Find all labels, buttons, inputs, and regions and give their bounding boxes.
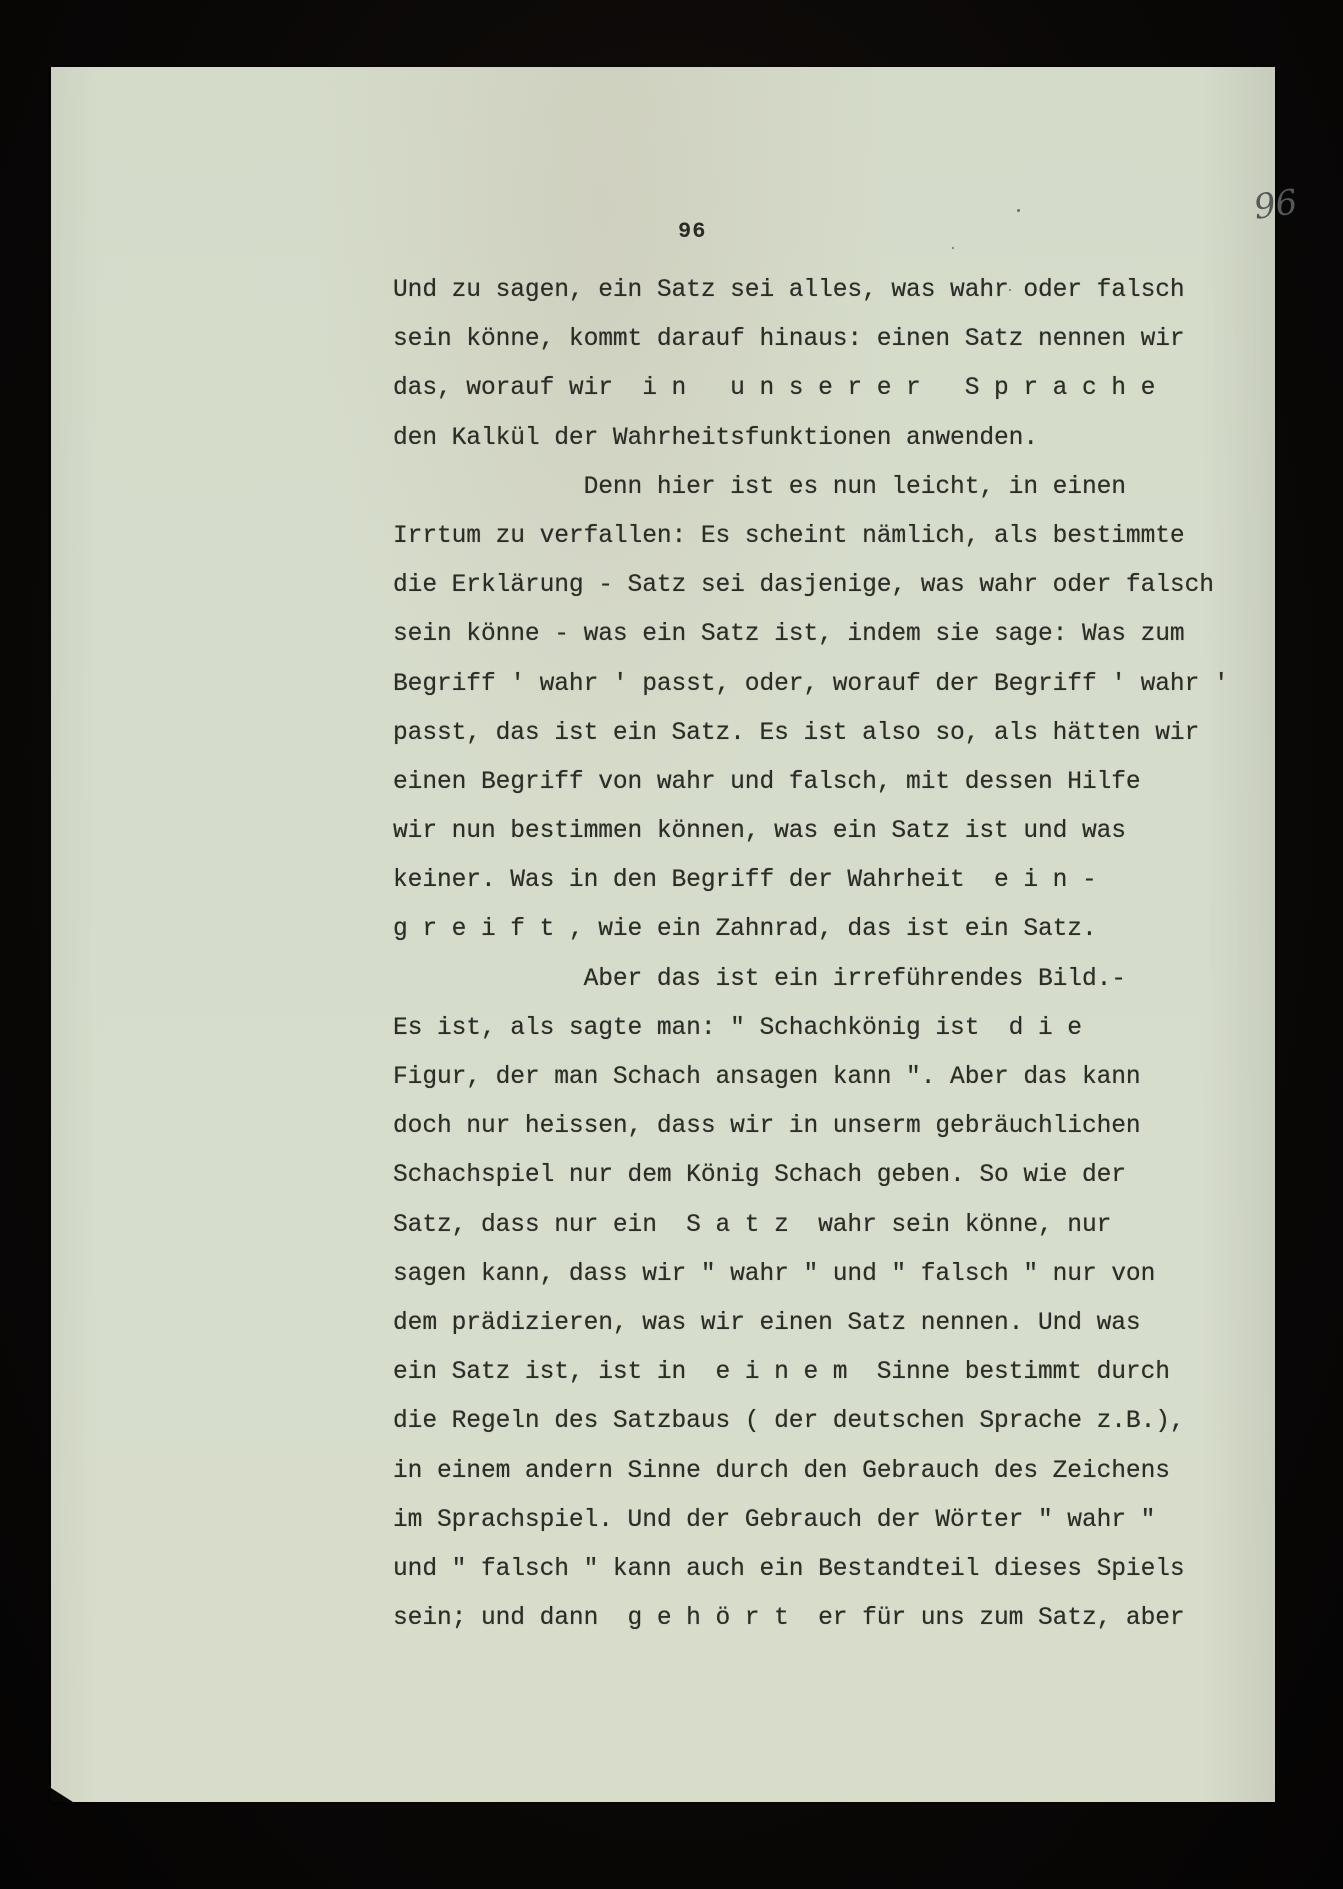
typed-page-number: 96 — [678, 219, 706, 244]
text-line: die Erklärung - Satz sei dasjenige, was … — [393, 570, 1293, 619]
folded-corner — [51, 1788, 73, 1802]
text-line: Satz, dass nur ein S a t z wahr sein kön… — [393, 1210, 1293, 1259]
text-line: doch nur heissen, dass wir in unserm geb… — [393, 1111, 1293, 1160]
text-line: sein könne, kommt darauf hinaus: einen S… — [393, 324, 1293, 373]
paper-speck — [1017, 209, 1020, 212]
text-line: sein; und dann g e h ö r t er für uns zu… — [393, 1603, 1293, 1652]
text-line: Aber das ist ein irreführendes Bild.- — [393, 964, 1293, 1013]
text-line: und " falsch " kann auch ein Bestandteil… — [393, 1554, 1293, 1603]
text-line: sein könne - was ein Satz ist, indem sie… — [393, 619, 1293, 668]
text-line: den Kalkül der Wahrheitsfunktionen anwen… — [393, 423, 1293, 472]
text-line: Irrtum zu verfallen: Es scheint nämlich,… — [393, 521, 1293, 570]
text-line: im Sprachspiel. Und der Gebrauch der Wör… — [393, 1505, 1293, 1554]
text-line: Es ist, als sagte man: " Schachkönig ist… — [393, 1013, 1293, 1062]
text-line: wir nun bestimmen können, was ein Satz i… — [393, 816, 1293, 865]
text-line: Figur, der man Schach ansagen kann ". Ab… — [393, 1062, 1293, 1111]
text-line: g r e i f t , wie ein Zahnrad, das ist e… — [393, 914, 1293, 963]
text-line: einen Begriff von wahr und falsch, mit d… — [393, 767, 1293, 816]
text-line: das, worauf wir i n u n s e r e r S p r … — [393, 373, 1293, 422]
text-line: die Regeln des Satzbaus ( der deutschen … — [393, 1406, 1293, 1455]
handwritten-page-number: 96 — [1251, 182, 1299, 228]
paper-speck — [952, 247, 954, 249]
text-line: Und zu sagen, ein Satz sei alles, was wa… — [393, 275, 1293, 324]
text-line: passt, das ist ein Satz. Es ist also so,… — [393, 718, 1293, 767]
body-text: Und zu sagen, ein Satz sei alles, was wa… — [393, 275, 1293, 1652]
text-line: keiner. Was in den Begriff der Wahrheit … — [393, 865, 1293, 914]
text-line: Denn hier ist es nun leicht, in einen — [393, 472, 1293, 521]
text-line: sagen kann, dass wir " wahr " und " fals… — [393, 1259, 1293, 1308]
text-line: Begriff ' wahr ' passt, oder, worauf der… — [393, 669, 1293, 718]
text-line: dem prädizieren, was wir einen Satz nenn… — [393, 1308, 1293, 1357]
text-line: ein Satz ist, ist in e i n e m Sinne bes… — [393, 1357, 1293, 1406]
text-line: in einem andern Sinne durch den Gebrauch… — [393, 1456, 1293, 1505]
text-line: Schachspiel nur dem König Schach geben. … — [393, 1160, 1293, 1209]
